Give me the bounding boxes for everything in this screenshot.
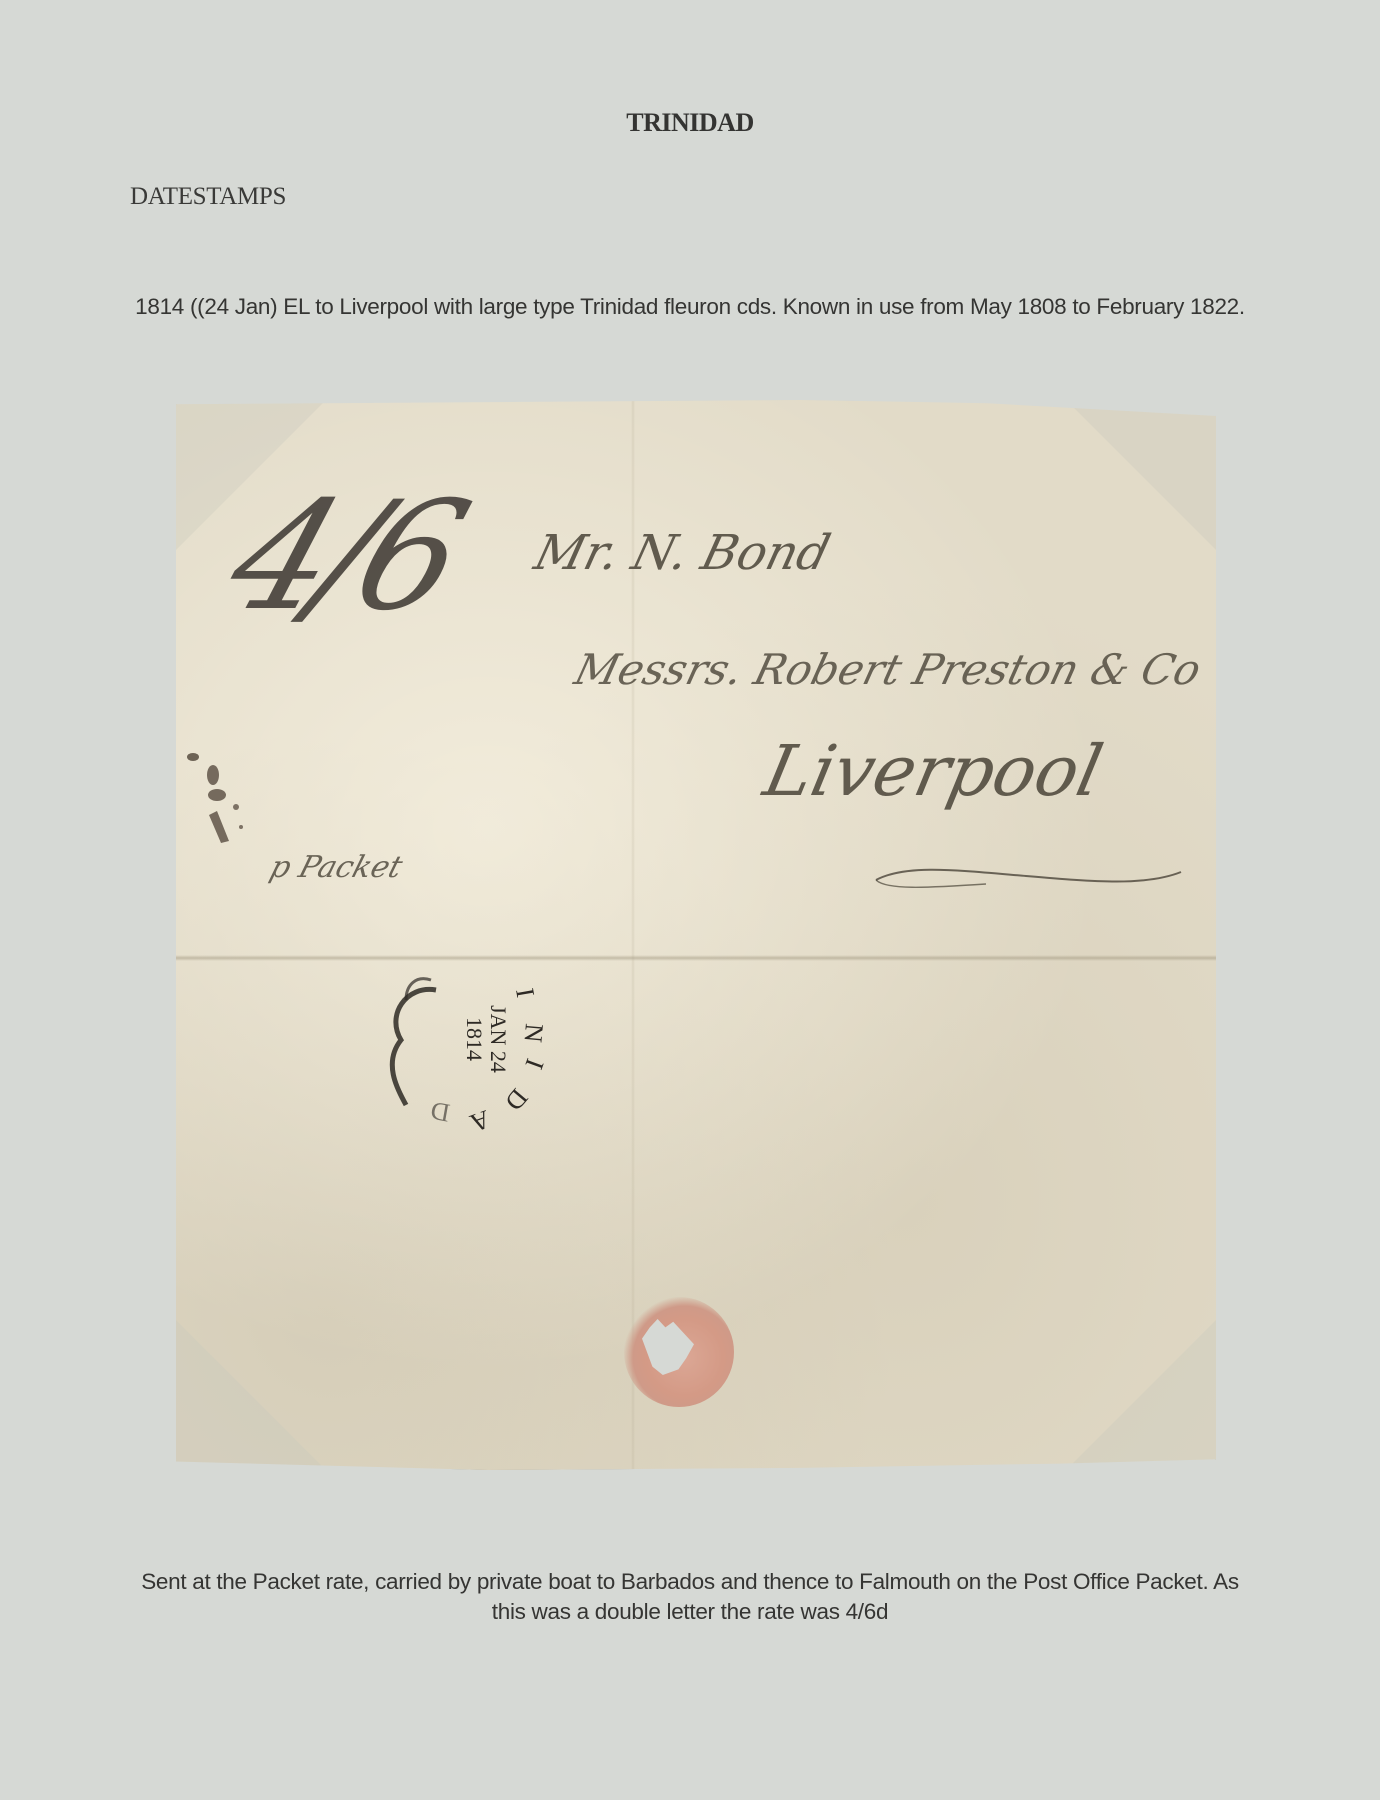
mount-corner-top-right [1066,400,1216,550]
postal-cover: 4/6 Mr. N. Bond Messrs. Robert Preston &… [176,400,1216,1470]
svg-text:I: I [510,986,540,1000]
wax-seal-remnant [624,1297,734,1407]
caption-rate-note: Sent at the Packet rate, carried by priv… [130,1567,1250,1627]
mount-corner-bottom-right [1066,1320,1216,1470]
horizontal-fold [176,955,1216,961]
caption-description: 1814 ((24 Jan) EL to Liverpool with larg… [130,292,1250,322]
section-heading: DATESTAMPS [130,183,286,211]
page-title: TRINIDAD [0,108,1380,138]
address-addressee: Mr. N. Bond [529,525,836,581]
ink-blot-icon [181,745,261,855]
address-firm: Messrs. Robert Preston & Co [570,645,1206,694]
rate-marking: 4/6 [210,470,478,644]
datestamp-year: 1814 [462,994,486,1084]
seal-tear [642,1319,694,1375]
svg-text:D: D [499,1083,533,1116]
svg-text:D: D [429,1096,453,1128]
underline-flourish-icon [866,862,1186,892]
svg-text:A: A [466,1104,494,1138]
mount-corner-bottom-left [176,1320,326,1470]
datestamp-date-block: JAN 24 1814 [462,994,510,1084]
datestamp-date: JAN 24 [486,994,510,1084]
address-town: Liverpool [757,730,1109,812]
svg-text:I: I [519,1055,549,1073]
svg-text:N: N [518,1022,549,1043]
trinidad-fleuron-datestamp: I N I D A D JAN 24 1814 [376,945,576,1145]
packet-endorsement: p Packet [266,850,406,885]
